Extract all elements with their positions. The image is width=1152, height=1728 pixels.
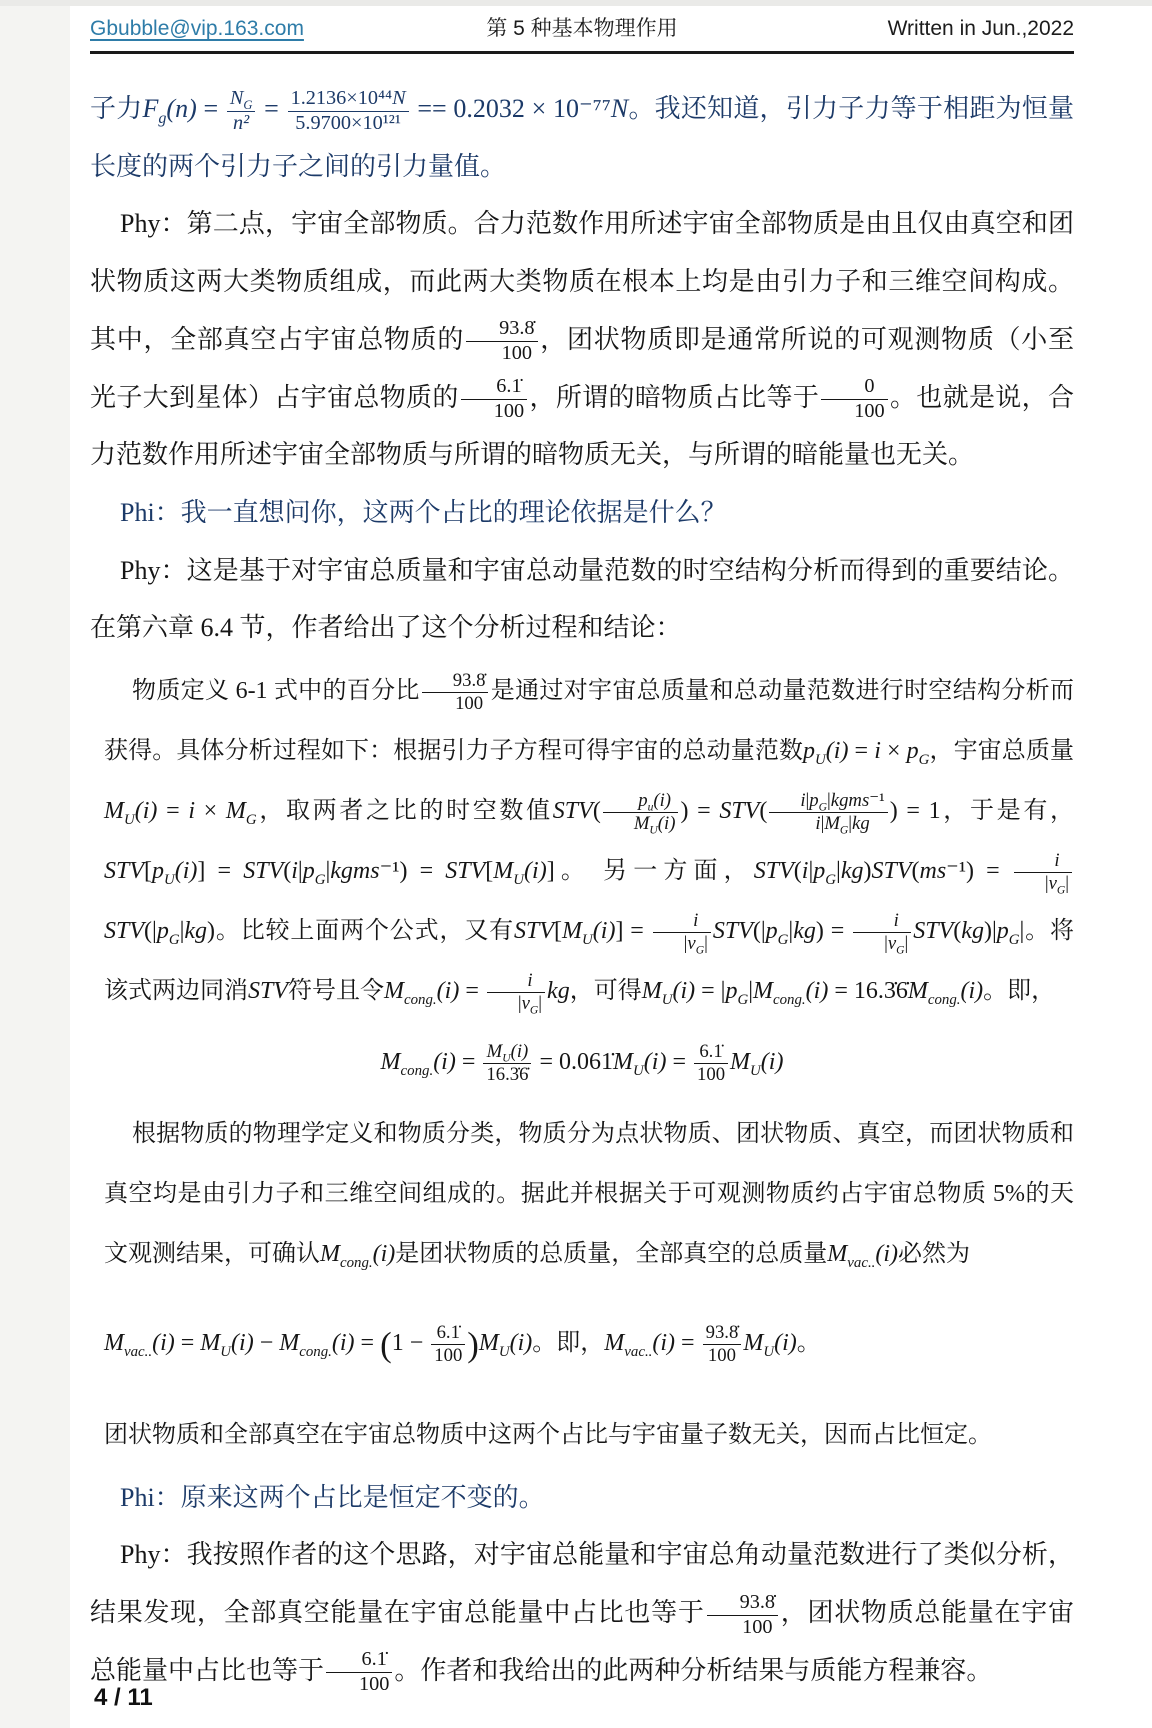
fraction: 93.8̇100	[703, 1322, 742, 1367]
quote-classification: 根据物质的物理学定义和物质分类，物质分为点状物质、团状物质、真空，而团状物质和真…	[90, 1104, 1074, 1284]
phy-answer-intro: Phy：这是基于对宇宙总质量和宇宙总动量范数的时空结构分析而得到的重要结论。在第…	[90, 542, 1074, 657]
fraction: i|vG|	[487, 970, 545, 1015]
quote-analysis: 物质定义 6-1 式中的百分比93.8̇100是通过对宇宙总质量和总动量范数进行…	[90, 661, 1074, 1021]
fraction: i|pG|kgms⁻¹i|MG|kg	[769, 790, 887, 835]
equation-mcong: Mcong.(i) = MU(i)16.3̇6̇ = 0.061̇MU(i) =…	[90, 1037, 1074, 1087]
fraction: 6.1̇100	[694, 1041, 728, 1086]
page-header: Gbubble@vip.163.com 第 5 种基本物理作用 Written …	[90, 12, 1074, 54]
fraction: i|vG|	[853, 910, 911, 955]
fraction: NGn²	[227, 87, 256, 136]
written-date: Written in Jun.,2022	[746, 17, 1074, 41]
document-title: 第 5 种基本物理作用	[418, 12, 746, 42]
equation-mvac: Mvac..(i) = MU(i) − Mcong.(i) = (1 − 6.1…	[90, 1308, 1074, 1381]
fraction: i|vG|	[1014, 850, 1072, 895]
phy-second-point: Phy：第二点，宇宙全部物质。合力范数作用所述宇宙全部物质是由且仅由真空和团状物…	[90, 195, 1074, 484]
phy-energy-analysis: Phy：我按照作者的这个思路，对宇宙总能量和宇宙总角动量范数进行了类似分析，结果…	[90, 1526, 1074, 1699]
fraction: i|vG|	[653, 910, 711, 955]
fraction: 1.2136×10⁴⁴N5.9700×10¹²¹	[288, 87, 409, 136]
fraction: 93.8̇100	[707, 1591, 778, 1640]
fraction: 93.8̇100	[422, 670, 489, 715]
phi-remark: Phi：原来这两个占比是恒定不变的。	[90, 1469, 1074, 1527]
fraction: pu(i)MU(i)	[603, 790, 679, 835]
fraction: 6.1̇100	[461, 375, 527, 424]
fraction: 6.1̇100	[326, 1648, 392, 1697]
fraction: MU(i)16.3̇6̇	[483, 1041, 531, 1086]
page-number: 4 / 11	[94, 1684, 153, 1712]
fraction: 93.8̇100	[466, 317, 537, 366]
lead-continuation: 子力Fg(n) = NGn² = 1.2136×10⁴⁴N5.9700×10¹²…	[90, 80, 1074, 195]
email-link[interactable]: Gbubble@vip.163.com	[90, 17, 304, 40]
fraction: 0100	[821, 375, 887, 424]
quote-constant-ratio: 团状物质和全部真空在宇宙总物质中这两个占比与宇宙量子数无关，因而占比恒定。	[90, 1405, 1074, 1465]
document-body: 子力Fg(n) = NGn² = 1.2136×10⁴⁴N5.9700×10¹²…	[90, 80, 1074, 1700]
fraction: 6.1̇100	[431, 1322, 465, 1367]
phi-question: Phi：我一直想问你，这两个占比的理论依据是什么？	[90, 484, 1074, 542]
document-page: Gbubble@vip.163.com 第 5 种基本物理作用 Written …	[0, 0, 1152, 1700]
